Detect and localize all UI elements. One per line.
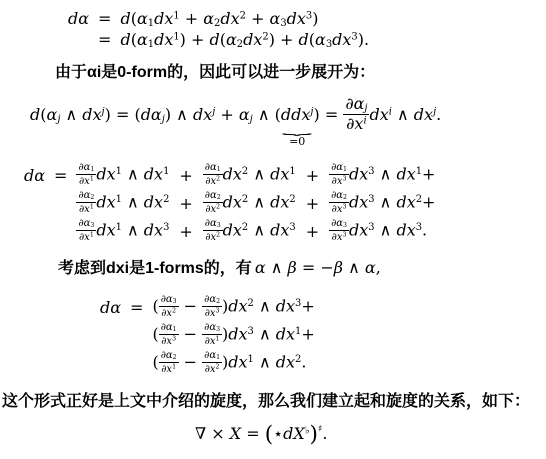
eq1-rhs: d(α1dx1) + d(α2dx2) + d(α3dx3). xyxy=(120,29,369,50)
plus-sign: + xyxy=(296,189,329,217)
equation-nine-terms: dα = ∂α1∂x1dx1 ∧ dx1 + ∂α1∂x2dx2 ∧ dx1 +… xyxy=(24,161,546,245)
equation-row: ∂α2∂x1dx1 ∧ dx2 + ∂α2∂x2dx2 ∧ dx2 + ∂α2∂… xyxy=(24,189,435,217)
eq3-term: ∂α2∂x1dx1 ∧ dx2 xyxy=(76,189,169,217)
eq4-term: (∂α3∂x2 − ∂α2∂x3)dx2 ∧ dx3+ xyxy=(152,293,314,321)
eq1-rhs: d(α1dx1 + α2dx2 + α3dx3) xyxy=(120,8,369,29)
eq1-rel: = xyxy=(89,29,120,50)
eq4-rel xyxy=(121,321,152,349)
eq3-lhs xyxy=(24,217,45,245)
equation-curl-components: dα = (∂α3∂x2 − ∂α2∂x3)dx2 ∧ dx3+ (∂α1∂x3… xyxy=(100,293,546,377)
eq3-term: ∂α3∂x2dx2 ∧ dx3 xyxy=(203,217,296,245)
eq3-rel: = xyxy=(45,161,76,189)
eq3-term: ∂α2∂x3dx3 ∧ dx2+ xyxy=(329,189,435,217)
plus-sign: + xyxy=(169,217,202,245)
equation-leibniz-underbrace: d(αj ∧ dxj) = (dαj) ∧ dxj + αj ∧ (ddxj)⏟… xyxy=(30,97,546,160)
equation-row: ∂α3∂x1dx1 ∧ dx3 + ∂α3∂x2dx2 ∧ dx3 + ∂α3∂… xyxy=(24,217,435,245)
paragraph-zero-form: 由于αi是0-form的，因此可以进一步展开为： xyxy=(55,63,546,84)
eq1-rel: = xyxy=(89,8,120,29)
eq3-rel xyxy=(45,217,76,245)
eq3-term: ∂α1∂x3dx3 ∧ dx1+ xyxy=(329,161,435,189)
equation-row: dα = (∂α3∂x2 − ∂α2∂x3)dx2 ∧ dx3+ xyxy=(100,293,315,321)
eq4-lhs: dα xyxy=(100,293,121,321)
equation-row: (∂α1∂x3 − ∂α3∂x1)dx3 ∧ dx1+ xyxy=(100,321,315,349)
plus-sign: + xyxy=(169,161,202,189)
eq1-lhs: dα xyxy=(68,8,89,29)
eq3-term: ∂α2∂x2dx2 ∧ dx2 xyxy=(203,189,296,217)
plus-sign: + xyxy=(296,217,329,245)
eq4-rel xyxy=(121,349,152,377)
equation-row: dα = ∂α1∂x1dx1 ∧ dx1 + ∂α1∂x2dx2 ∧ dx1 +… xyxy=(24,161,435,189)
align-table: dα = ∂α1∂x1dx1 ∧ dx1 + ∂α1∂x2dx2 ∧ dx1 +… xyxy=(24,161,435,245)
eq4-lhs xyxy=(100,349,121,377)
eq4-lhs xyxy=(100,321,121,349)
eq4-term: (∂α1∂x3 − ∂α3∂x1)dx3 ∧ dx1+ xyxy=(152,321,314,349)
equation-nabla-cross-x: ∇ × X = (⋆dX♭)♯. xyxy=(195,422,546,447)
inline-math-antisymmetry: α ∧ β = −β ∧ α, xyxy=(255,258,381,277)
plus-sign: + xyxy=(296,161,329,189)
eq4-rel: = xyxy=(121,293,152,321)
equation-row: dα = d(α1dx1 + α2dx2 + α3dx3) xyxy=(68,8,369,29)
equation-dalpha-expansion: dα = d(α1dx1 + α2dx2 + α3dx3) = d(α1dx1)… xyxy=(68,8,546,50)
math-notes-page: { "page": { "background": "#ffffff", "te… xyxy=(0,0,546,459)
eq3-lhs xyxy=(24,189,45,217)
equation-row: (∂α2∂x1 − ∂α1∂x2)dx1 ∧ dx2. xyxy=(100,349,315,377)
eq3-term: ∂α1∂x1dx1 ∧ dx1 xyxy=(76,161,169,189)
align-table: dα = d(α1dx1 + α2dx2 + α3dx3) = d(α1dx1)… xyxy=(68,8,369,50)
eq3-lhs: dα xyxy=(24,161,45,189)
paragraph-one-forms: 考虑到dxi是1-forms的，有α ∧ β = −β ∧ α, xyxy=(58,258,546,280)
eq1-lhs xyxy=(68,29,89,50)
eq3-term: ∂α3∂x3dx3 ∧ dx3. xyxy=(329,217,435,245)
eq3-term: ∂α3∂x1dx1 ∧ dx3 xyxy=(76,217,169,245)
align-table: dα = (∂α3∂x2 − ∂α2∂x3)dx2 ∧ dx3+ (∂α1∂x3… xyxy=(100,293,315,377)
plus-sign: + xyxy=(169,189,202,217)
eq3-term: ∂α1∂x2dx2 ∧ dx1 xyxy=(203,161,296,189)
paragraph-curl-relation: 这个形式正好是上文中介绍的旋度，那么我们建立起和旋度的关系，如下： xyxy=(2,392,546,413)
eq4-term: (∂α2∂x1 − ∂α1∂x2)dx1 ∧ dx2. xyxy=(152,349,314,377)
eq3-rel xyxy=(45,189,76,217)
equation-row: = d(α1dx1) + d(α2dx2) + d(α3dx3). xyxy=(68,29,369,50)
paragraph-one-forms-text: 考虑到dxi是1-forms的，有 xyxy=(58,260,252,277)
